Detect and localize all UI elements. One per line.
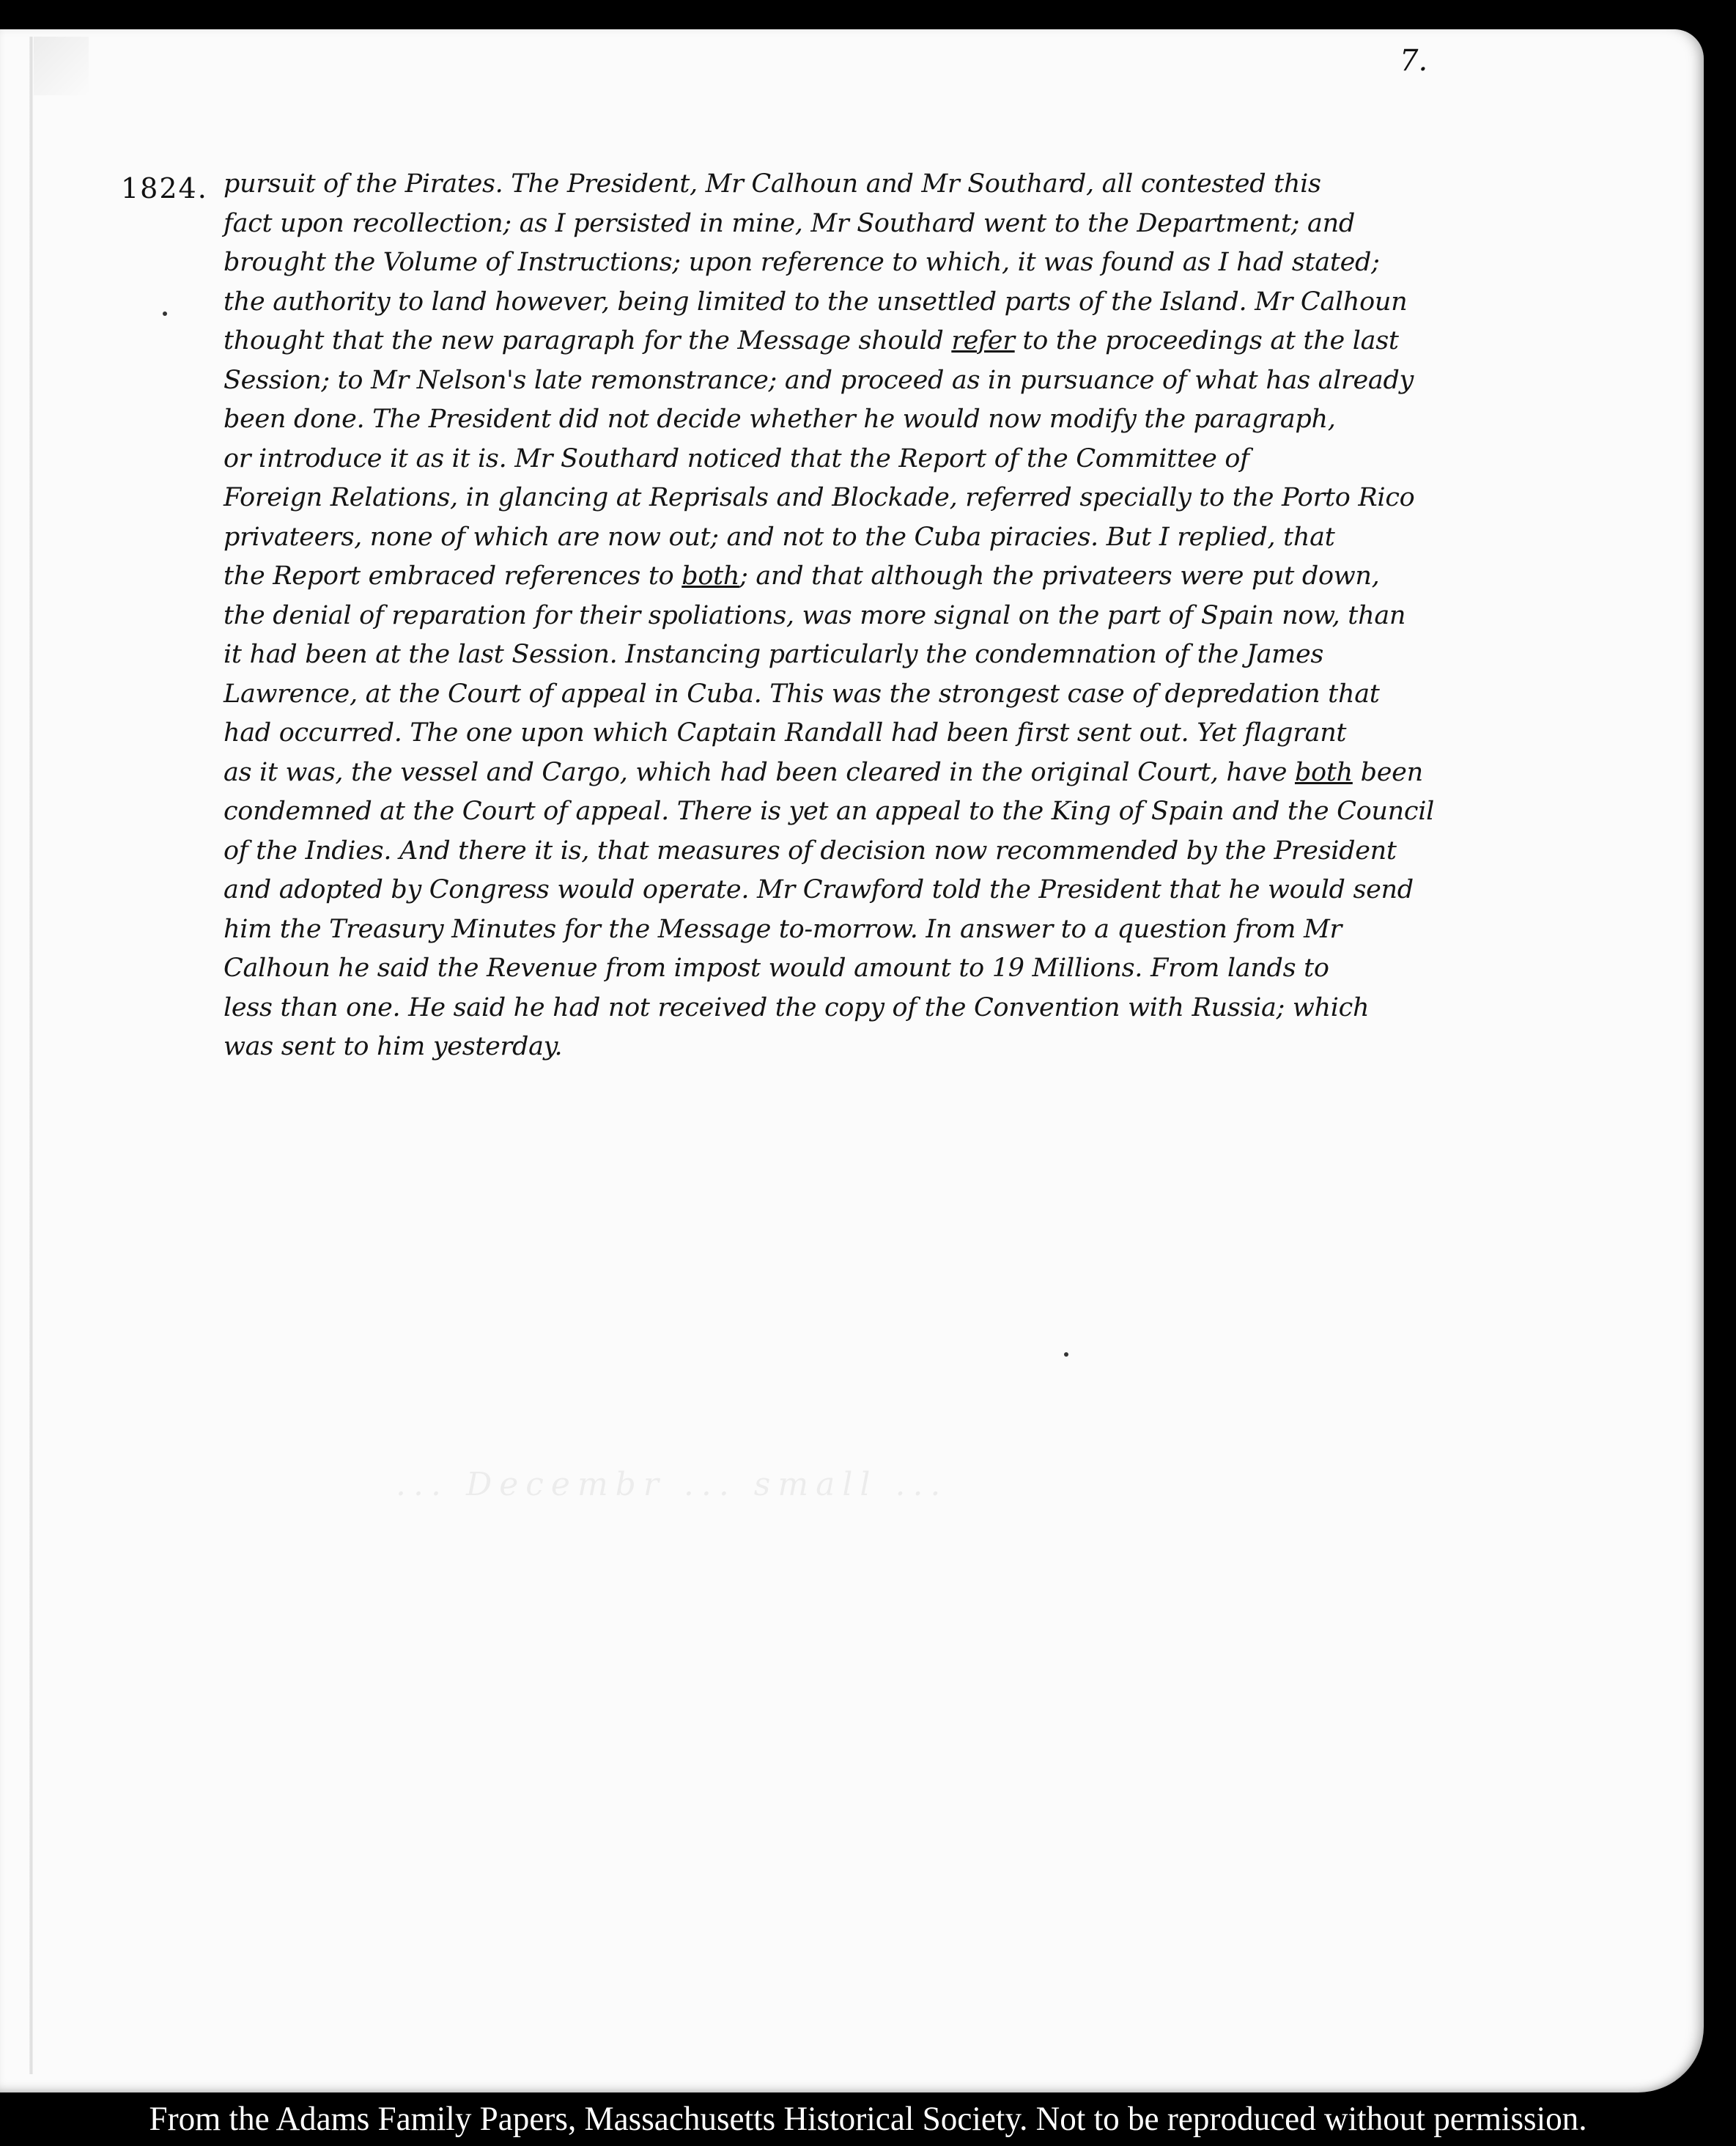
manuscript-line: of the Indies. And there it is, that mea… — [224, 832, 1579, 871]
manuscript-line: condemned at the Court of appeal. There … — [224, 792, 1579, 832]
page-number: 7. — [1400, 44, 1427, 78]
underlined-word: both — [1295, 758, 1353, 787]
underlined-word: both — [682, 561, 739, 591]
manuscript-line: as it was, the vessel and Cargo, which h… — [224, 753, 1579, 793]
manuscript-line: brought the Volume of Instructions; upon… — [224, 243, 1579, 283]
manuscript-line: privateers, none of which are now out; a… — [224, 518, 1579, 558]
margin-year: 1824. — [121, 172, 208, 204]
manuscript-line: it had been at the last Session. Instanc… — [224, 635, 1579, 675]
underlined-word: refer — [951, 326, 1014, 355]
manuscript-line: thought that the new paragraph for the M… — [224, 322, 1579, 361]
manuscript-line: and adopted by Congress would operate. M… — [224, 871, 1579, 910]
manuscript-line: fact upon recollection; as I persisted i… — [224, 204, 1579, 244]
manuscript-line: the denial of reparation for their spoli… — [224, 597, 1579, 636]
manuscript-line: pursuit of the Pirates. The President, M… — [224, 165, 1579, 204]
manuscript-line: had occurred. The one upon which Captain… — [224, 714, 1579, 753]
manuscript-line: the authority to land however, being lim… — [224, 283, 1579, 322]
manuscript-line: Lawrence, at the Court of appeal in Cuba… — [224, 675, 1579, 715]
stray-ink-dot — [1064, 1352, 1068, 1357]
manuscript-line: been done. The President did not decide … — [224, 400, 1579, 440]
manuscript-line: Calhoun he said the Revenue from impost … — [224, 949, 1579, 989]
manuscript-line: Foreign Relations, in glancing at Repris… — [224, 479, 1579, 518]
manuscript-line: was sent to him yesterday. — [224, 1028, 1579, 1067]
manuscript-line: or introduce it as it is. Mr Southard no… — [224, 440, 1579, 479]
manuscript-line: Session; to Mr Nelson's late remonstranc… — [224, 361, 1579, 401]
manuscript-line: less than one. He said he had not receiv… — [224, 989, 1579, 1028]
copyright-caption: From the Adams Family Papers, Massachuse… — [34, 2099, 1701, 2139]
manuscript-line: him the Treasury Minutes for the Message… — [224, 910, 1579, 950]
manuscript-line: the Report embraced references to both; … — [224, 557, 1579, 597]
bleed-through-text: ... Decembr ... small ... — [396, 1466, 948, 1503]
stray-ink-dot — [163, 311, 167, 316]
manuscript-text: pursuit of the Pirates. The President, M… — [224, 165, 1579, 1067]
